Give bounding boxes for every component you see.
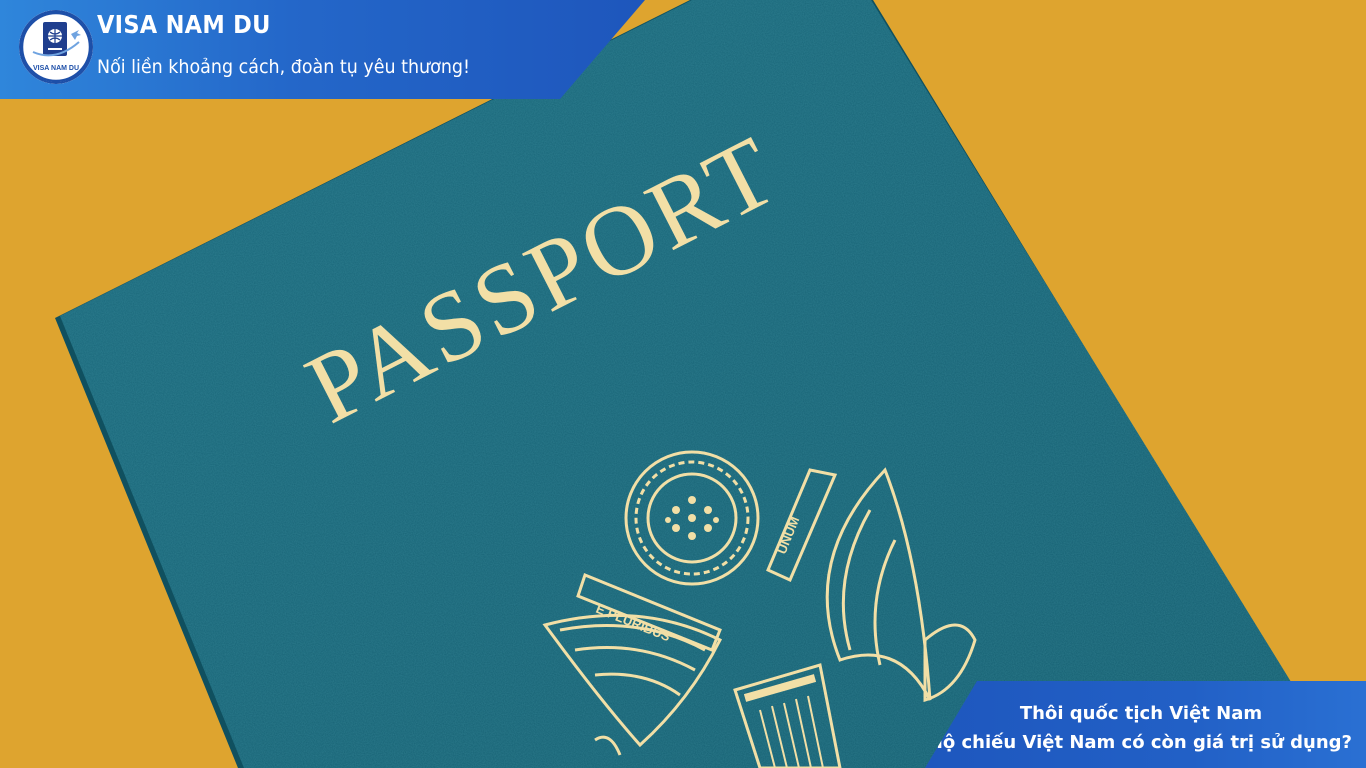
passport-globe-airplane-icon: VISA NAM DU (19, 10, 93, 84)
hero-image: PASSPORT (0, 0, 1366, 768)
brand-logo: VISA NAM DU (19, 10, 93, 84)
article-title-banner: Thôi quốc tịch Việt Nam Hộ chiếu Việt Na… (925, 681, 1366, 768)
passport-illustration: PASSPORT (0, 0, 1366, 768)
brand-slogan: Nối liền khoảng cách, đoàn tụ yêu thương… (97, 56, 470, 78)
brand-name: VISA NAM DU (97, 10, 271, 39)
brand-header: VISA NAM DU VISA NAM DU Nối liền khoảng … (0, 0, 645, 99)
article-title-line-1: Thôi quốc tịch Việt Nam (926, 703, 1356, 724)
svg-text:VISA NAM DU: VISA NAM DU (33, 65, 79, 72)
